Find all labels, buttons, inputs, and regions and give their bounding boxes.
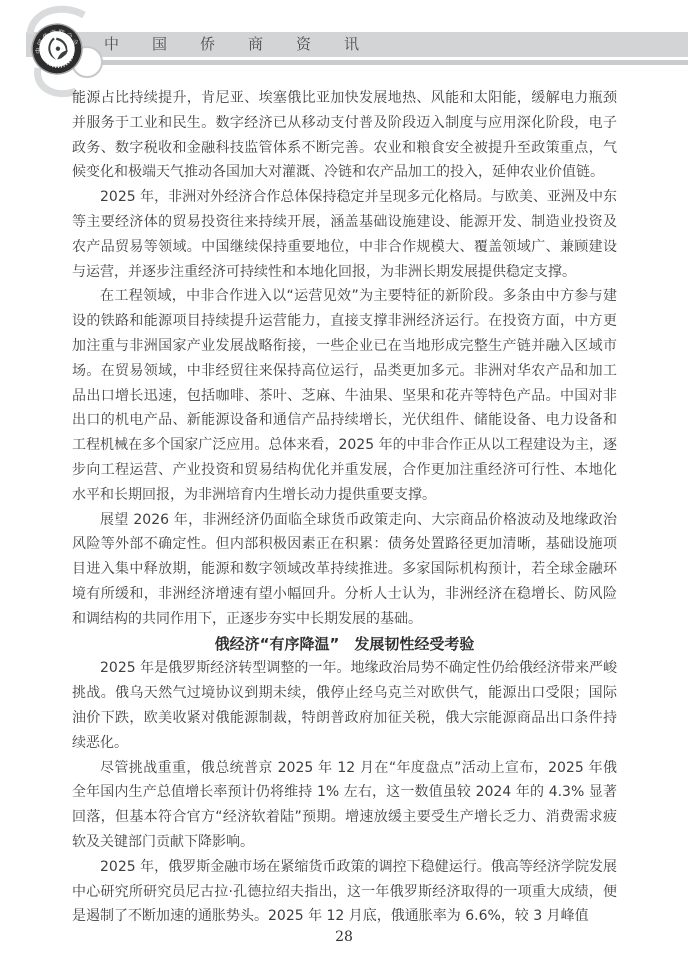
- paragraph: 展望 2026 年，非洲经济仍面临全球货币政策走向、大宗商品价格波动及地缘政治风…: [72, 508, 617, 632]
- masthead-title: 中国侨商资讯: [104, 32, 392, 57]
- paragraph: 尽管挑战重重，俄总统普京 2025 年 12 月在“年度盘点”活动上宣布，202…: [72, 756, 617, 855]
- paragraph: 能源占比持续提升，肯尼亚、埃塞俄比亚加快发展地热、风能和太阳能，缓解电力瓶颈并服…: [72, 86, 617, 185]
- paragraph: 在工程领域，中非合作进入以“运营见效”为主要特征的新阶段。多条由中方参与建设的铁…: [72, 284, 617, 507]
- paragraph: 2025 年是俄罗斯经济转型调整的一年。地缘政治局势不确定性仍给俄经济带来严峻挑…: [72, 656, 617, 755]
- masthead-band: 中国侨商资讯: [26, 32, 688, 57]
- paragraph: 2025 年，非洲对外经济合作总体保持稳定并呈现多元化格局。与欧美、亚洲及中东等…: [72, 185, 617, 284]
- document-page: 中国侨商资讯 中国侨商联合会: [0, 0, 688, 971]
- section-heading-russia-economy: 俄经济“有序降温” 发展韧性经受考验: [72, 632, 617, 657]
- organization-seal-logo: 中国侨商联合会: [8, 2, 112, 98]
- paragraph: 2025 年，俄罗斯金融市场在紧缩货币政策的调控下稳健运行。俄高等经济学院发展中…: [72, 855, 617, 929]
- article-body: 能源占比持续提升，肯尼亚、埃塞俄比亚加快发展地热、风能和太阳能，缓解电力瓶颈并服…: [72, 86, 617, 929]
- masthead-divider-bar: [62, 60, 688, 65]
- page-number: 28: [0, 929, 688, 945]
